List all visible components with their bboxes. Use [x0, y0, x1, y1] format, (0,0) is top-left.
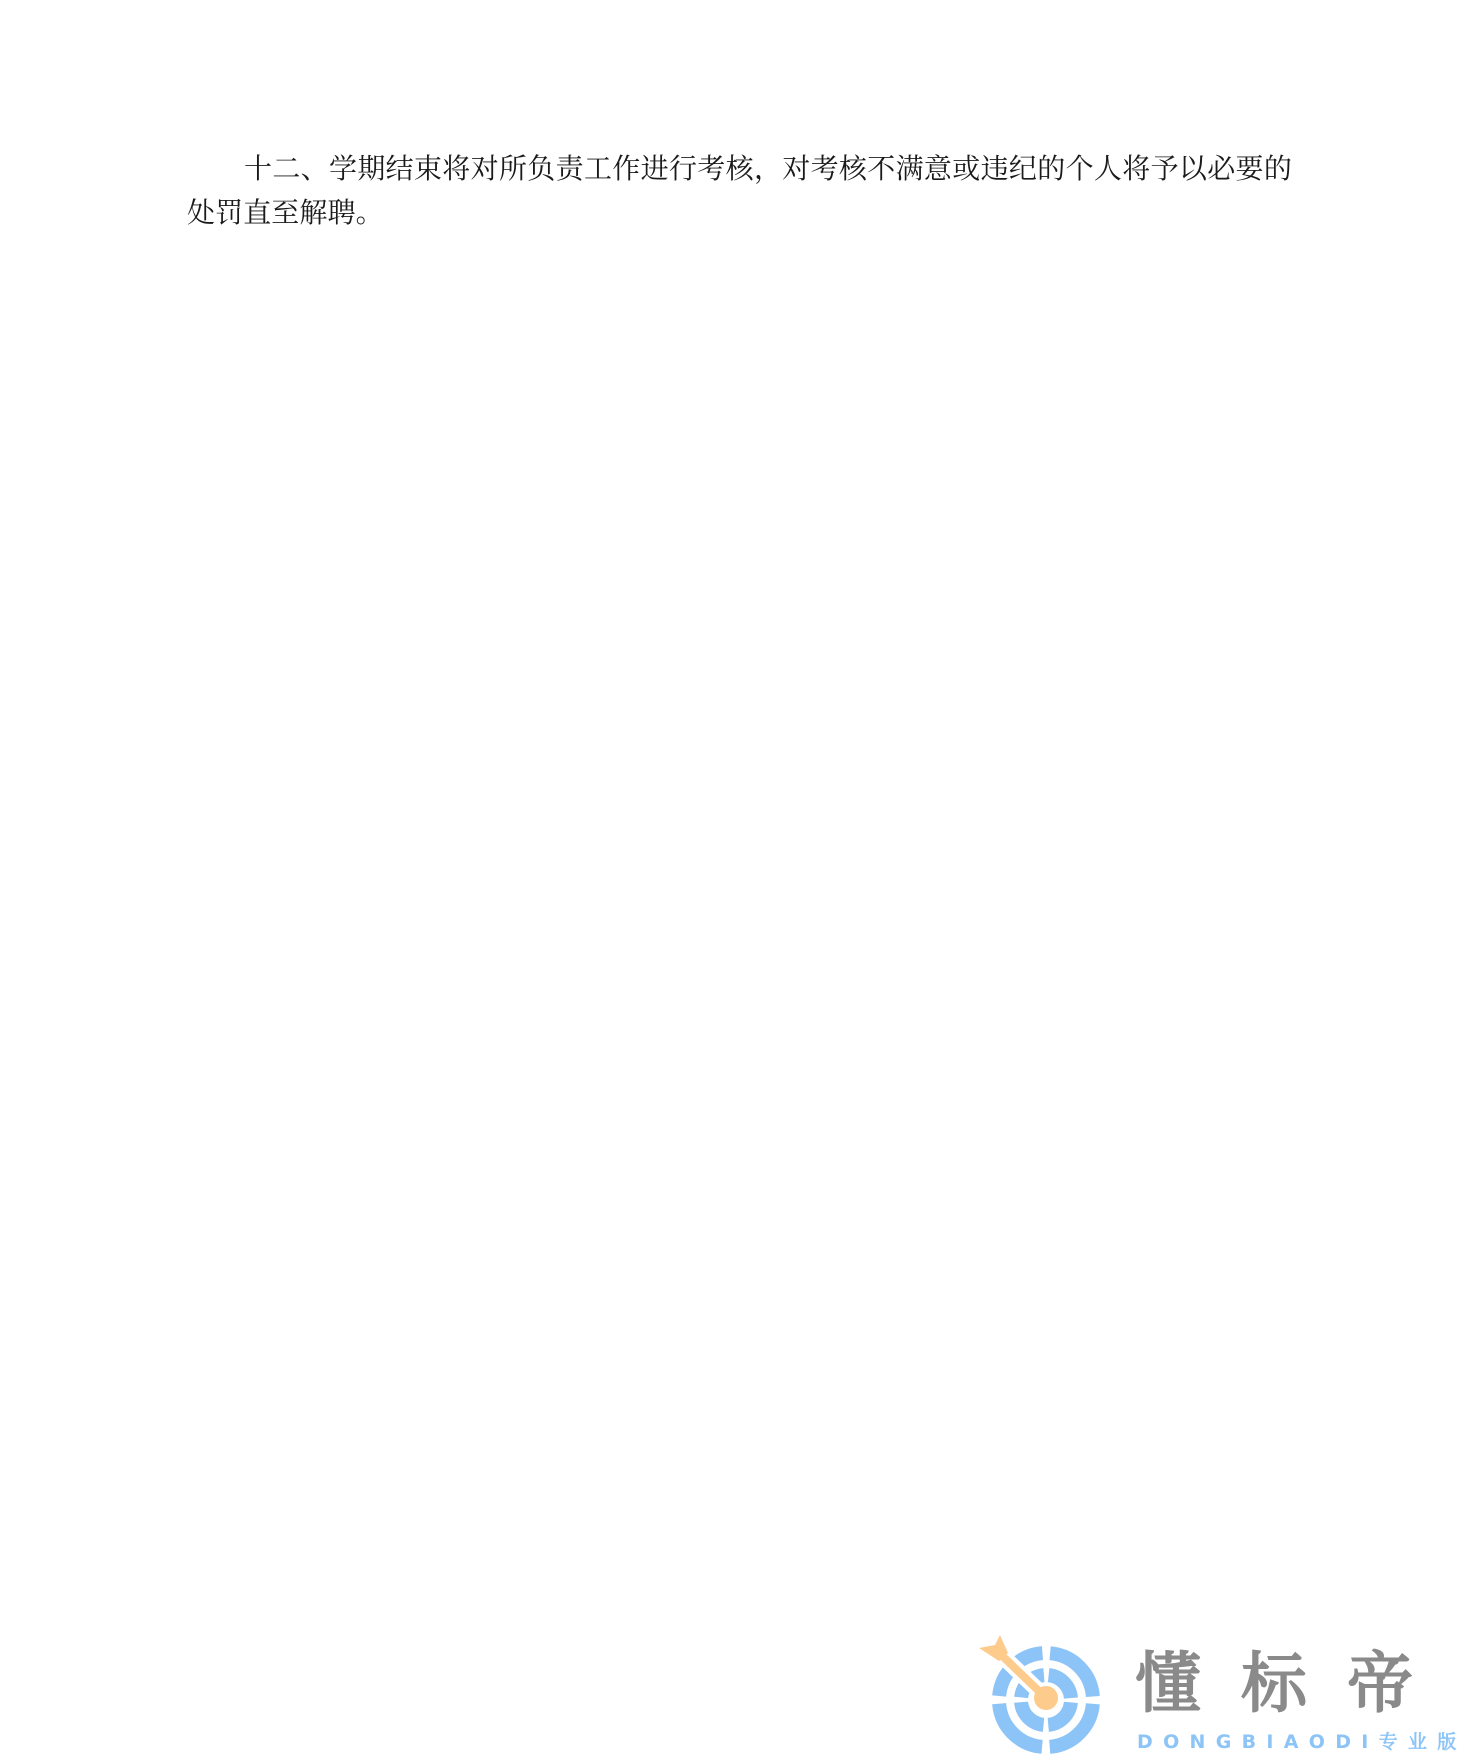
logo-subtitle: DONGBIAODI专业版 — [1137, 1731, 1467, 1753]
paragraph-12: 十二、学期结束将对所负责工作进行考核，对考核不满意或违纪的个人将予以必要的处罚直… — [187, 147, 1292, 235]
watermark-logo: 懂标帝 DONGBIAODI专业版 — [975, 1635, 1465, 1754]
document-page: 十二、学期结束将对所负责工作进行考核，对考核不满意或违纪的个人将予以必要的处罚直… — [0, 0, 1477, 1754]
logo-brand-name: 懂标帝 — [1135, 1645, 1453, 1723]
target-dart-icon — [975, 1635, 1100, 1754]
